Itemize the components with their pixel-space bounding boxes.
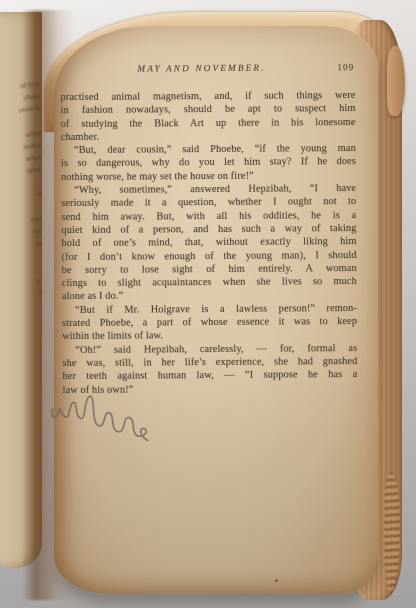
chapter-running-title: MAY AND NOVEMBER. — [137, 64, 265, 75]
book-photo-scene: id beg chael even he answe nobody when a… — [0, 0, 416, 608]
text-line: of studying the Black Art up there in hi… — [61, 116, 356, 131]
facing-page-text-fragments: id beg chael even he answe nobody when a… — [0, 78, 42, 533]
text-line: is so dangerous, why do you let him stay… — [61, 156, 356, 171]
ink-speck — [275, 580, 278, 582]
text-line: strated Phoebe, a part of whose essence … — [62, 315, 357, 330]
book-page: MAY AND NOVEMBER. 109 practised animal m… — [54, 26, 378, 594]
page-surface: MAY AND NOVEMBER. 109 practised animal m… — [52, 25, 380, 595]
facing-page: id beg chael even he answe nobody when a… — [0, 12, 42, 568]
text-line: clings to slight acquaintances when she … — [62, 275, 357, 290]
page-number: 109 — [337, 63, 354, 73]
running-header: MAY AND NOVEMBER. 109 — [52, 63, 376, 81]
page-text: practised animal magnetism, and, if such… — [60, 89, 357, 397]
text-line: her teeth against human law, — “I suppos… — [62, 368, 357, 383]
pencil-scribble — [45, 384, 176, 459]
